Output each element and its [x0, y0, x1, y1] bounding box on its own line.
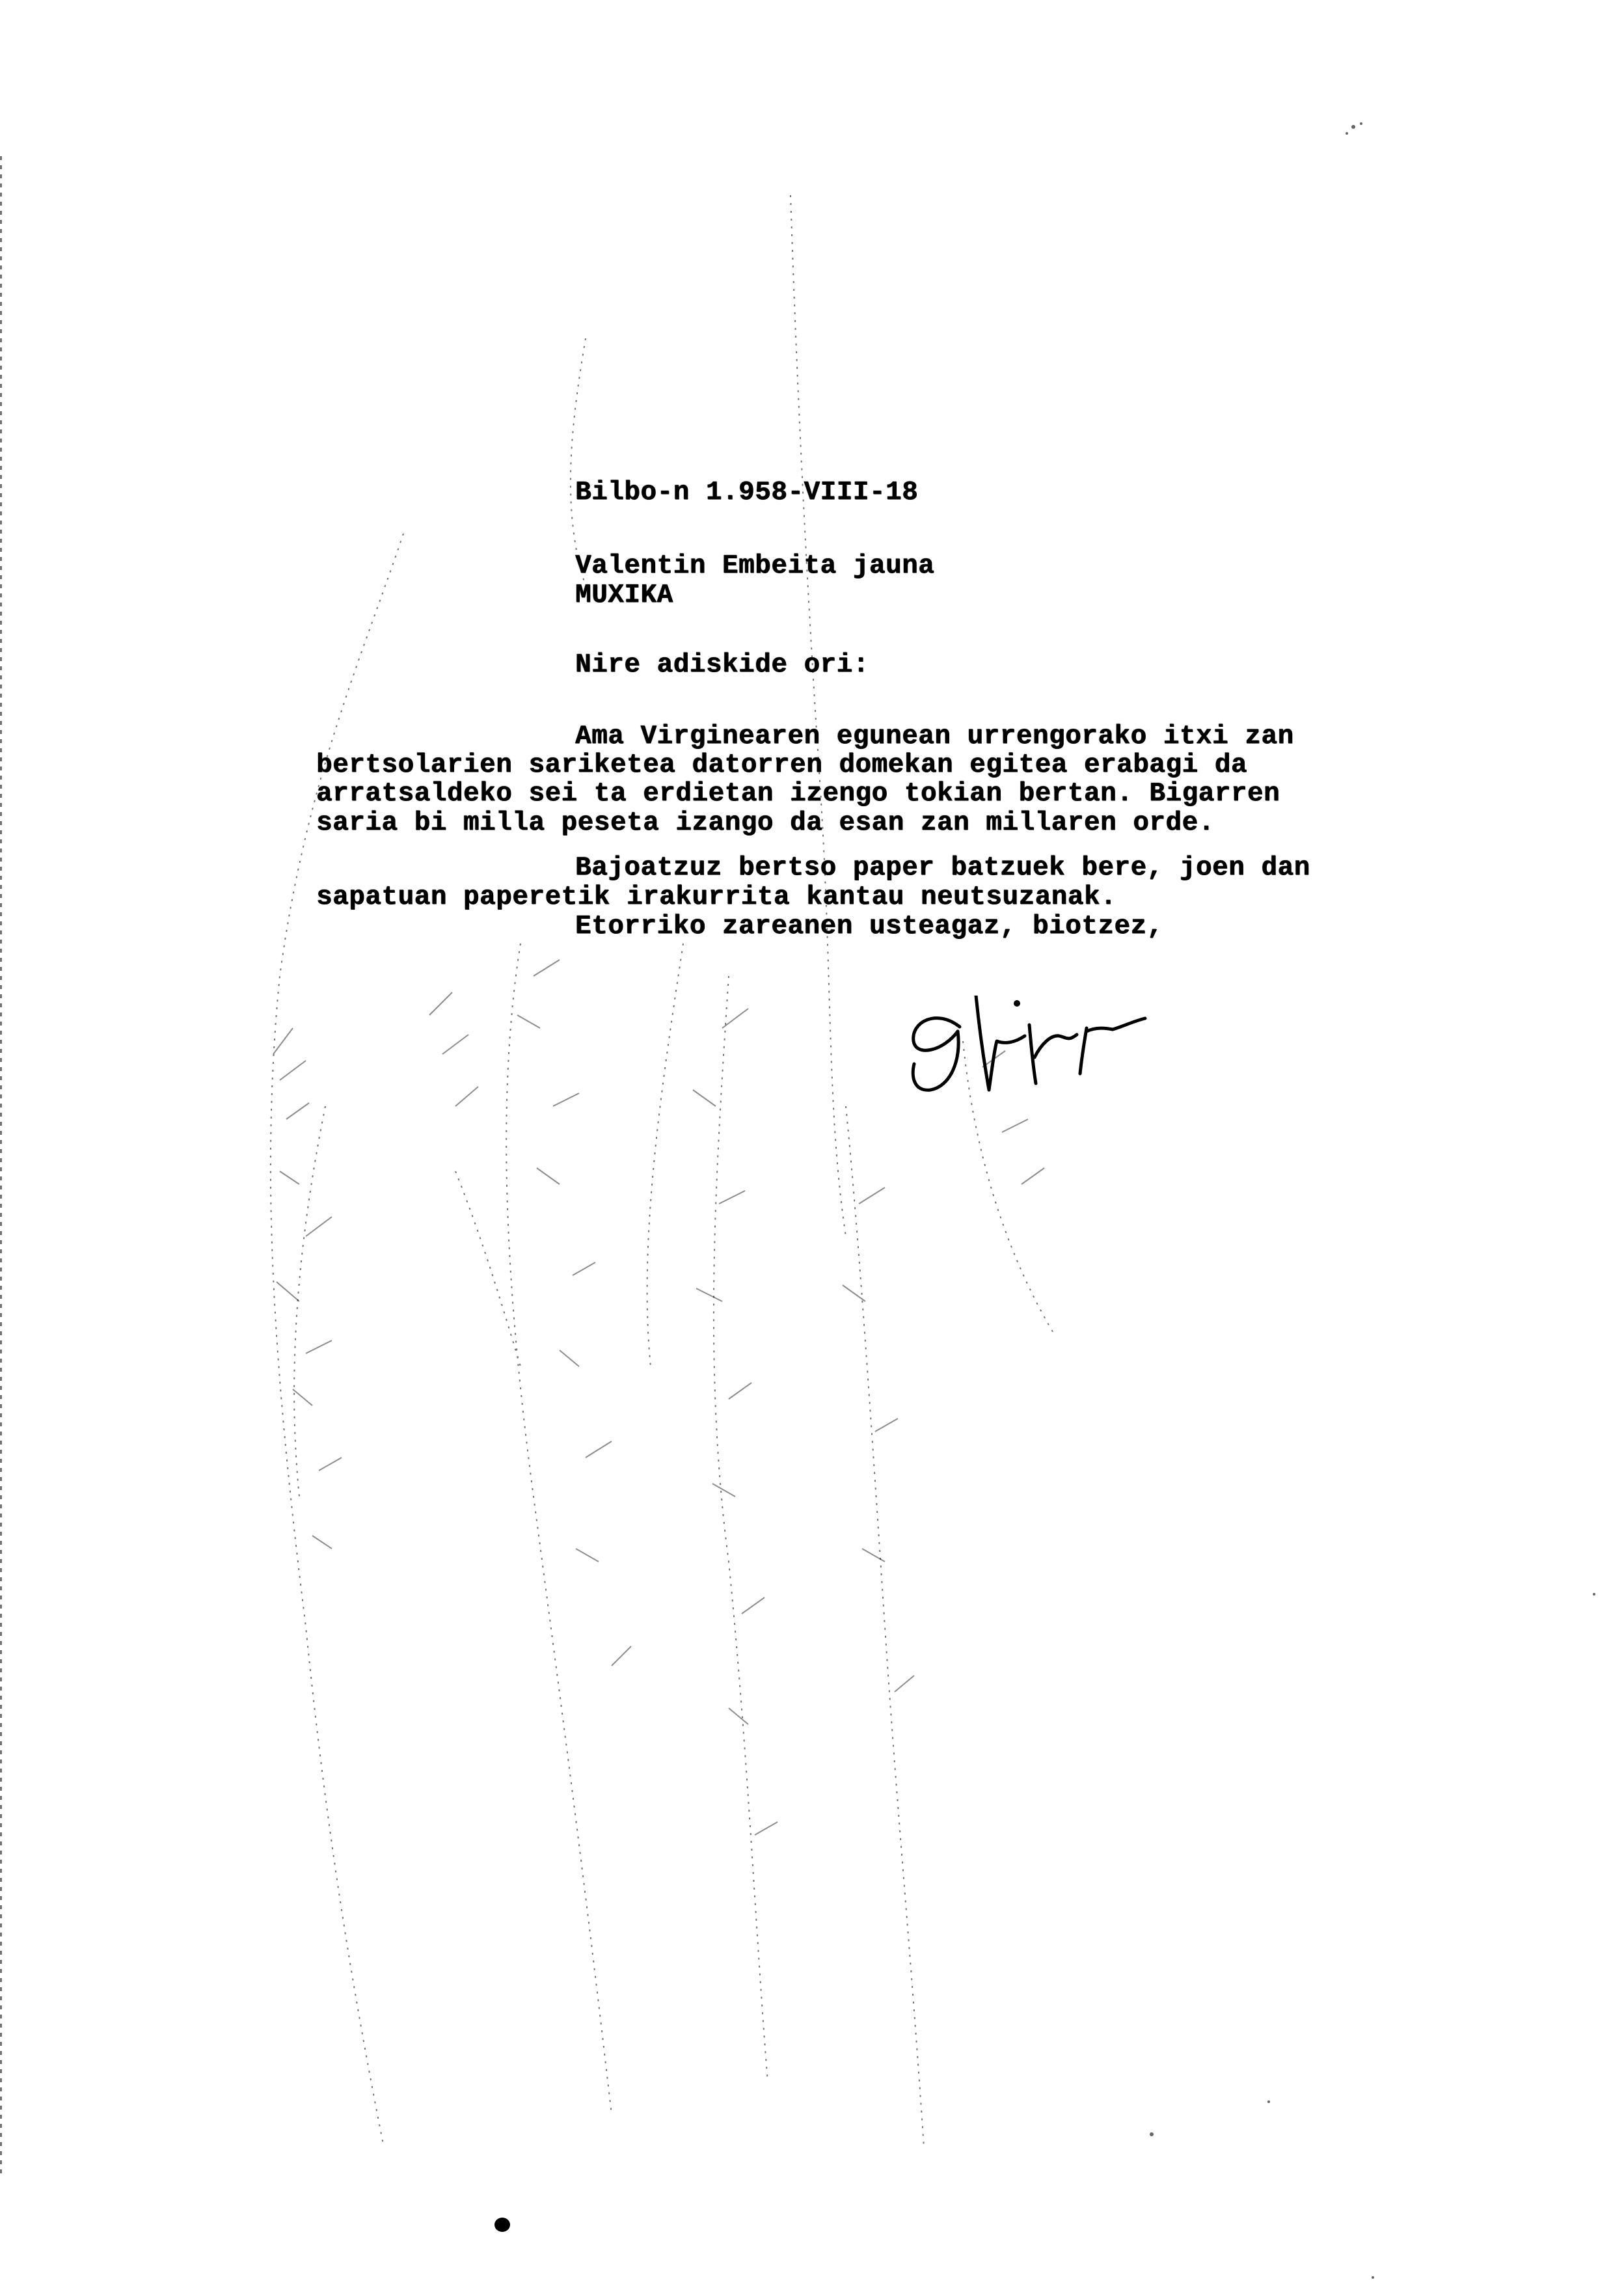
body-line: Bajoatzuz bertso paper batzuek bere, joe… [575, 854, 1310, 882]
body-line: saria bi milla peseta izango da esan zan… [316, 809, 1215, 837]
scanned-letter-page: Bilbo-n 1.958-VIII-18 Valentin Embeita j… [0, 0, 1624, 2282]
recipient-name: Valentin Embeita jauna [575, 552, 934, 580]
body-line: sapatuan paperetik irakurrita kantau neu… [316, 883, 1116, 912]
paper-texture-scratches [0, 0, 1624, 2282]
ink-dot [494, 2218, 510, 2232]
letter-date: Bilbo-n 1.958-VIII-18 [575, 478, 918, 507]
body-line: Etorriko zareanen usteagaz, biotzez, [575, 912, 1163, 941]
handwritten-signature [885, 996, 1158, 1139]
body-line: bertsolarien sariketea datorren domekan … [316, 751, 1247, 780]
scan-edge-line [0, 156, 2, 2173]
salutation: Nire adiskide ori: [575, 651, 869, 679]
body-line: Ama Virginearen egunean urrengorako itxi… [575, 722, 1294, 751]
recipient-place: MUXIKA [575, 581, 673, 610]
body-line: arratsaldeko sei ta erdietan izengo toki… [316, 780, 1280, 808]
